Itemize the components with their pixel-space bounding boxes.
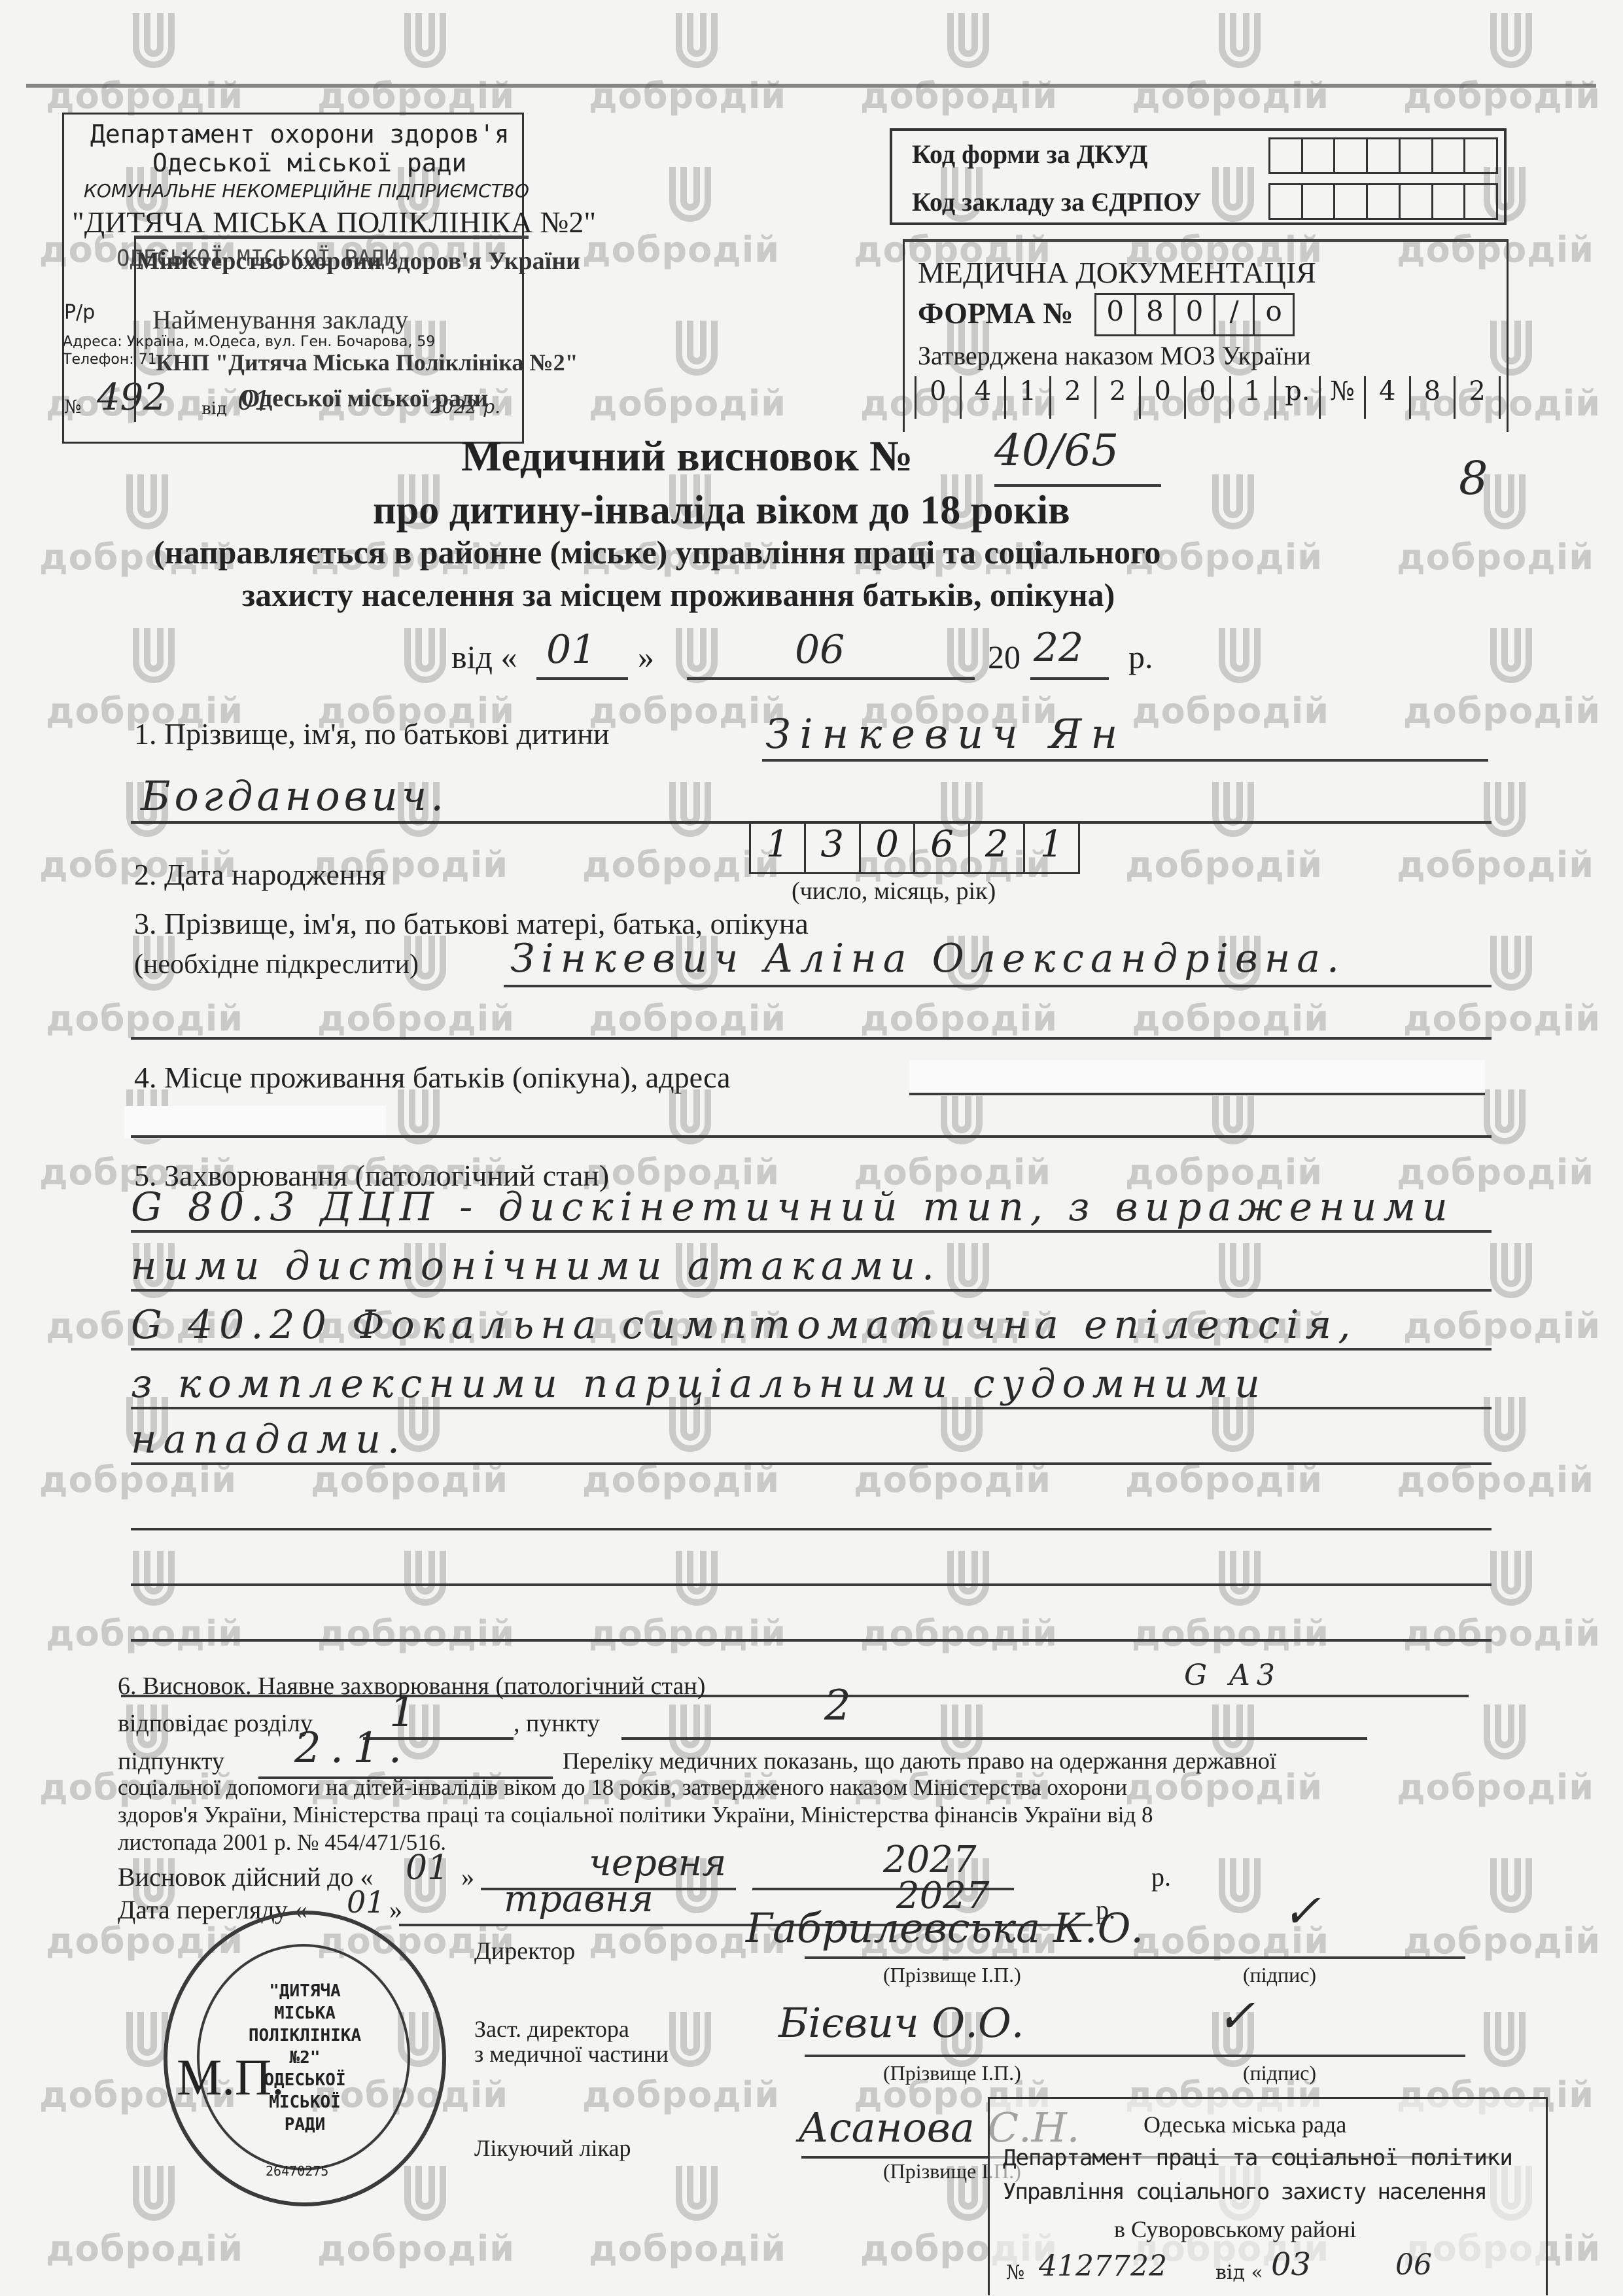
conclusion-text-1: Переліку медичних показань, що дають пра… [563,1747,1276,1775]
edrpou-cell [1433,185,1466,218]
doctor-label: Лікуючий лікар [474,2134,631,2162]
disease-line-6 [131,1528,1492,1530]
subpoint-label: підпункту [118,1747,224,1776]
dkud-cell [1368,139,1401,172]
disease-line-7 [131,1583,1492,1586]
dob-label: 2. Дата народження [134,857,385,892]
dkud-cells [1268,137,1498,174]
dkud-cell [1335,139,1368,172]
order-cell: № [1321,376,1366,419]
month-underline [687,677,975,680]
deputy-signature: ✓ [1217,1989,1255,2043]
order-cell: 8 [1411,376,1456,419]
received-no-label: № [1006,2261,1024,2284]
round-stamp-text: "ДИТЯЧА [230,1980,380,2002]
address-line-1 [909,1093,1485,1095]
child-name-line-1 [762,759,1488,762]
disease-line-8 [131,1639,1492,1642]
order-cell: 0 [1186,376,1231,419]
conclusion-text-3: здоров'я України, Міністерства праці та … [118,1802,1153,1828]
conclusion-text-4: листопада 2001 р. № 454/471/516. [118,1829,446,1856]
stamp-line-4: "ДИТЯЧА МІСЬКА ПОЛІКЛІНІКА №2" [72,205,596,239]
order-cell: 0 [916,376,962,419]
director-name: Габрилевська К.О. [746,1904,1143,1952]
stamp-no-label: № [64,396,82,417]
institution-name: КНП "Дитяча Міська Поліклініка №2" [156,349,578,376]
number-underline [994,484,1161,487]
dob-cell: 1 [1025,823,1078,872]
dkud-cell [1303,139,1336,172]
dkud-cell [1401,139,1433,172]
codes-box: Код форми за ДКУД Код закладу за ЄДРПОУ [890,128,1507,225]
point-underline [621,1737,1367,1740]
document-subtitle: про дитину-інваліда віком до 18 років [373,487,1070,534]
order-cell: 2 [1096,376,1142,419]
dob-cell: 1 [751,823,806,872]
order-cells: 04122001р.№482 [915,376,1501,419]
received-vid-label: від « [1215,2261,1263,2284]
received-month: 06 [1395,2248,1432,2282]
stamp-line-1: Департамент охорони здоров'я [90,120,510,149]
address-line-2 [131,1135,1492,1138]
order-cell: 0 [1141,376,1186,419]
edrpou-label: Код закладу за ЄДРПОУ [912,186,1201,217]
order-cell: 4 [962,376,1007,419]
stamp-rp: Р/р [64,301,95,324]
form-number-cell: о [1255,295,1293,334]
med-doc-title: МЕДИЧНА ДОКУМЕНТАЦІЯ [918,255,1316,290]
order-cell: р. [1276,376,1321,419]
dob-cell: 0 [861,823,916,872]
valid-quote-close: » [461,1862,474,1892]
dkud-label: Код форми за ДКУД [912,139,1147,169]
disease-line [131,1289,1492,1292]
received-line-1: Одеська міська рада [1143,2111,1346,2138]
edrpou-cell [1270,185,1303,218]
year-prefix: 20 [988,638,1021,676]
parent-name-value: Зінкевич Аліна Олександрівна. [510,936,1346,981]
med-doc-block: МЕДИЧНА ДОКУМЕНТАЦІЯ ФОРМА № 080/о Затве… [903,239,1509,432]
stamp-line-2: Одеської міської ради [152,149,466,177]
mp-label: М.П. [177,2048,285,2107]
stamp-line-3: КОМУНАЛЬНЕ НЕКОМЕРЦІЙНЕ ПІДПРИЄМСТВО [84,180,529,202]
point-label: , пункту [514,1709,600,1738]
deputy-name: Бієвич О.О. [778,1999,1024,2047]
address-label: 4. Місце проживання батьків (опікуна), а… [134,1060,731,1095]
edrpou-cell [1401,185,1433,218]
review-month: травня [504,1878,654,1920]
review-day: 01 [347,1884,385,1920]
disease-line-text: нападами. [131,1417,406,1462]
order-cell: 1 [1006,376,1051,419]
redacted-address-2 [124,1106,386,1139]
order-cell: 4 [1366,376,1411,419]
disease-line-text: з комплексними парціальними судомними [131,1361,1266,1407]
valid-day: 01 [406,1848,449,1888]
dob-cells: 130621 [749,821,1080,874]
received-day: 03 [1271,2246,1311,2283]
order-cell: 2 [1051,376,1096,419]
date-prefix: від « [451,638,517,676]
received-line-3: Управління соціального захисту населення [1003,2179,1486,2205]
dkud-cell [1433,139,1466,172]
received-line-2: Департамент праці та соціальної політики [1003,2145,1512,2171]
conclusion-text-2: соціальної допомоги на дітей-інвалідів в… [118,1775,1127,1801]
deputy-sign-hint: (підпис) [1243,2061,1316,2085]
child-name-value-1: Зінкевич Ян [765,710,1126,758]
year-underline [1030,677,1109,680]
deputy-line [805,2055,1465,2057]
conclusion-note: G A3 [1184,1659,1282,1692]
form-label: ФОРМА № [918,296,1073,330]
disease-line [131,1348,1492,1351]
point-value: 2 [824,1682,851,1730]
form-number-cell: 0 [1096,295,1136,334]
redacted-address [909,1060,1485,1096]
document-note-2: захисту населення за місцем проживання б… [242,576,1115,614]
child-name-value-2: Богданович. [141,772,447,820]
director-label: Директор [474,1937,575,1966]
director-name-hint: (Прізвище І.П.) [883,1963,1021,1987]
dob-cell: 2 [970,823,1025,872]
dkud-cell [1270,139,1303,172]
date-mid: » [638,638,654,676]
edrpou-cells [1268,183,1498,220]
disease-line-text: G 80.3 ДЦП - дискінетичний тип, з вираже… [131,1184,1454,1230]
dob-cell: 6 [915,823,970,872]
date-day: 01 [546,627,596,673]
review-quote-close: » [389,1894,402,1925]
section-label: відповідає розділу [118,1709,313,1738]
ministry-block: Міністерство охорони здоров'я України На… [134,236,529,422]
form-number-cell: / [1215,295,1255,334]
edrpou-cell [1335,185,1368,218]
scan-artifact-line [26,84,1596,88]
valid-r: р. [1151,1862,1171,1892]
day-underline [536,677,628,680]
dob-hint: (число, місяць, рік) [792,877,996,906]
form-number-cells: 080/о [1094,293,1295,336]
deputy-label-2: з медичної частини [474,2040,669,2068]
dob-cell: 3 [806,823,861,872]
parent-name-hint: (необхідне підкреслити) [134,949,419,980]
disease-line [131,1407,1492,1409]
disease-line [131,1462,1492,1465]
ministry-name: Міністерство охорони здоров'я України [136,247,580,275]
edrpou-cell [1368,185,1401,218]
director-sign-hint: (підпис) [1243,1963,1316,1987]
director-line [805,1956,1465,1959]
subpoint-value: 2.1. [294,1724,411,1773]
received-line-4: в Суворовському районі [1114,2216,1356,2243]
deputy-name-hint: (Прізвище І.П.) [883,2061,1021,2085]
order-cell: 2 [1456,376,1499,419]
document-number: 40/65 [994,425,1119,476]
round-stamp-text: РАДИ [230,2113,380,2136]
medical-document: Департамент охорони здоров'я Одеської мі… [0,0,1623,2296]
date-month: 06 [795,627,845,673]
edrpou-cell [1465,185,1496,218]
order-cell: 1 [1231,376,1276,419]
approved-by: Затверджена наказом МОЗ України [918,340,1311,371]
form-number-cell: 8 [1136,295,1176,334]
child-name-label: 1. Прізвище, ім'я, по батькові дитини [134,716,610,751]
stamp-code: 26470275 [266,2163,328,2179]
document-title: Медичний висновок № [461,432,913,482]
parent-name-line-1 [504,985,1492,987]
date-year: 22 [1034,625,1083,671]
institution-name-2: Одеської міської ради [241,384,488,413]
disease-line-text: ними дистонічними атаками. [131,1243,941,1289]
edrpou-cell [1303,185,1336,218]
round-stamp-text: МІСЬКА [230,2002,380,2024]
received-no-value: 4127722 [1039,2250,1167,2283]
valid-until-label: Висновок дійсний до « [118,1862,374,1892]
parent-name-line-2 [131,1037,1492,1040]
year-suffix: р. [1128,638,1153,676]
director-signature: ✓ [1282,1884,1321,1938]
margin-mark: 8 [1459,451,1488,505]
round-stamp-text: ПОЛІКЛІНІКА [230,2024,380,2047]
form-number-cell: 0 [1176,295,1215,334]
disease-line-text: G 40.20 Фокальна симптоматична епілепсія… [131,1302,1357,1348]
institution-name-label: Найменування закладу [152,304,408,335]
disease-line [131,1230,1492,1233]
received-stamp: Одеська міська рада Департамент праці та… [988,2097,1548,2295]
dkud-cell [1465,139,1496,172]
deputy-label-1: Заст. директора [474,2015,629,2043]
document-note-1: (направляється в районне (міське) управл… [154,533,1161,571]
